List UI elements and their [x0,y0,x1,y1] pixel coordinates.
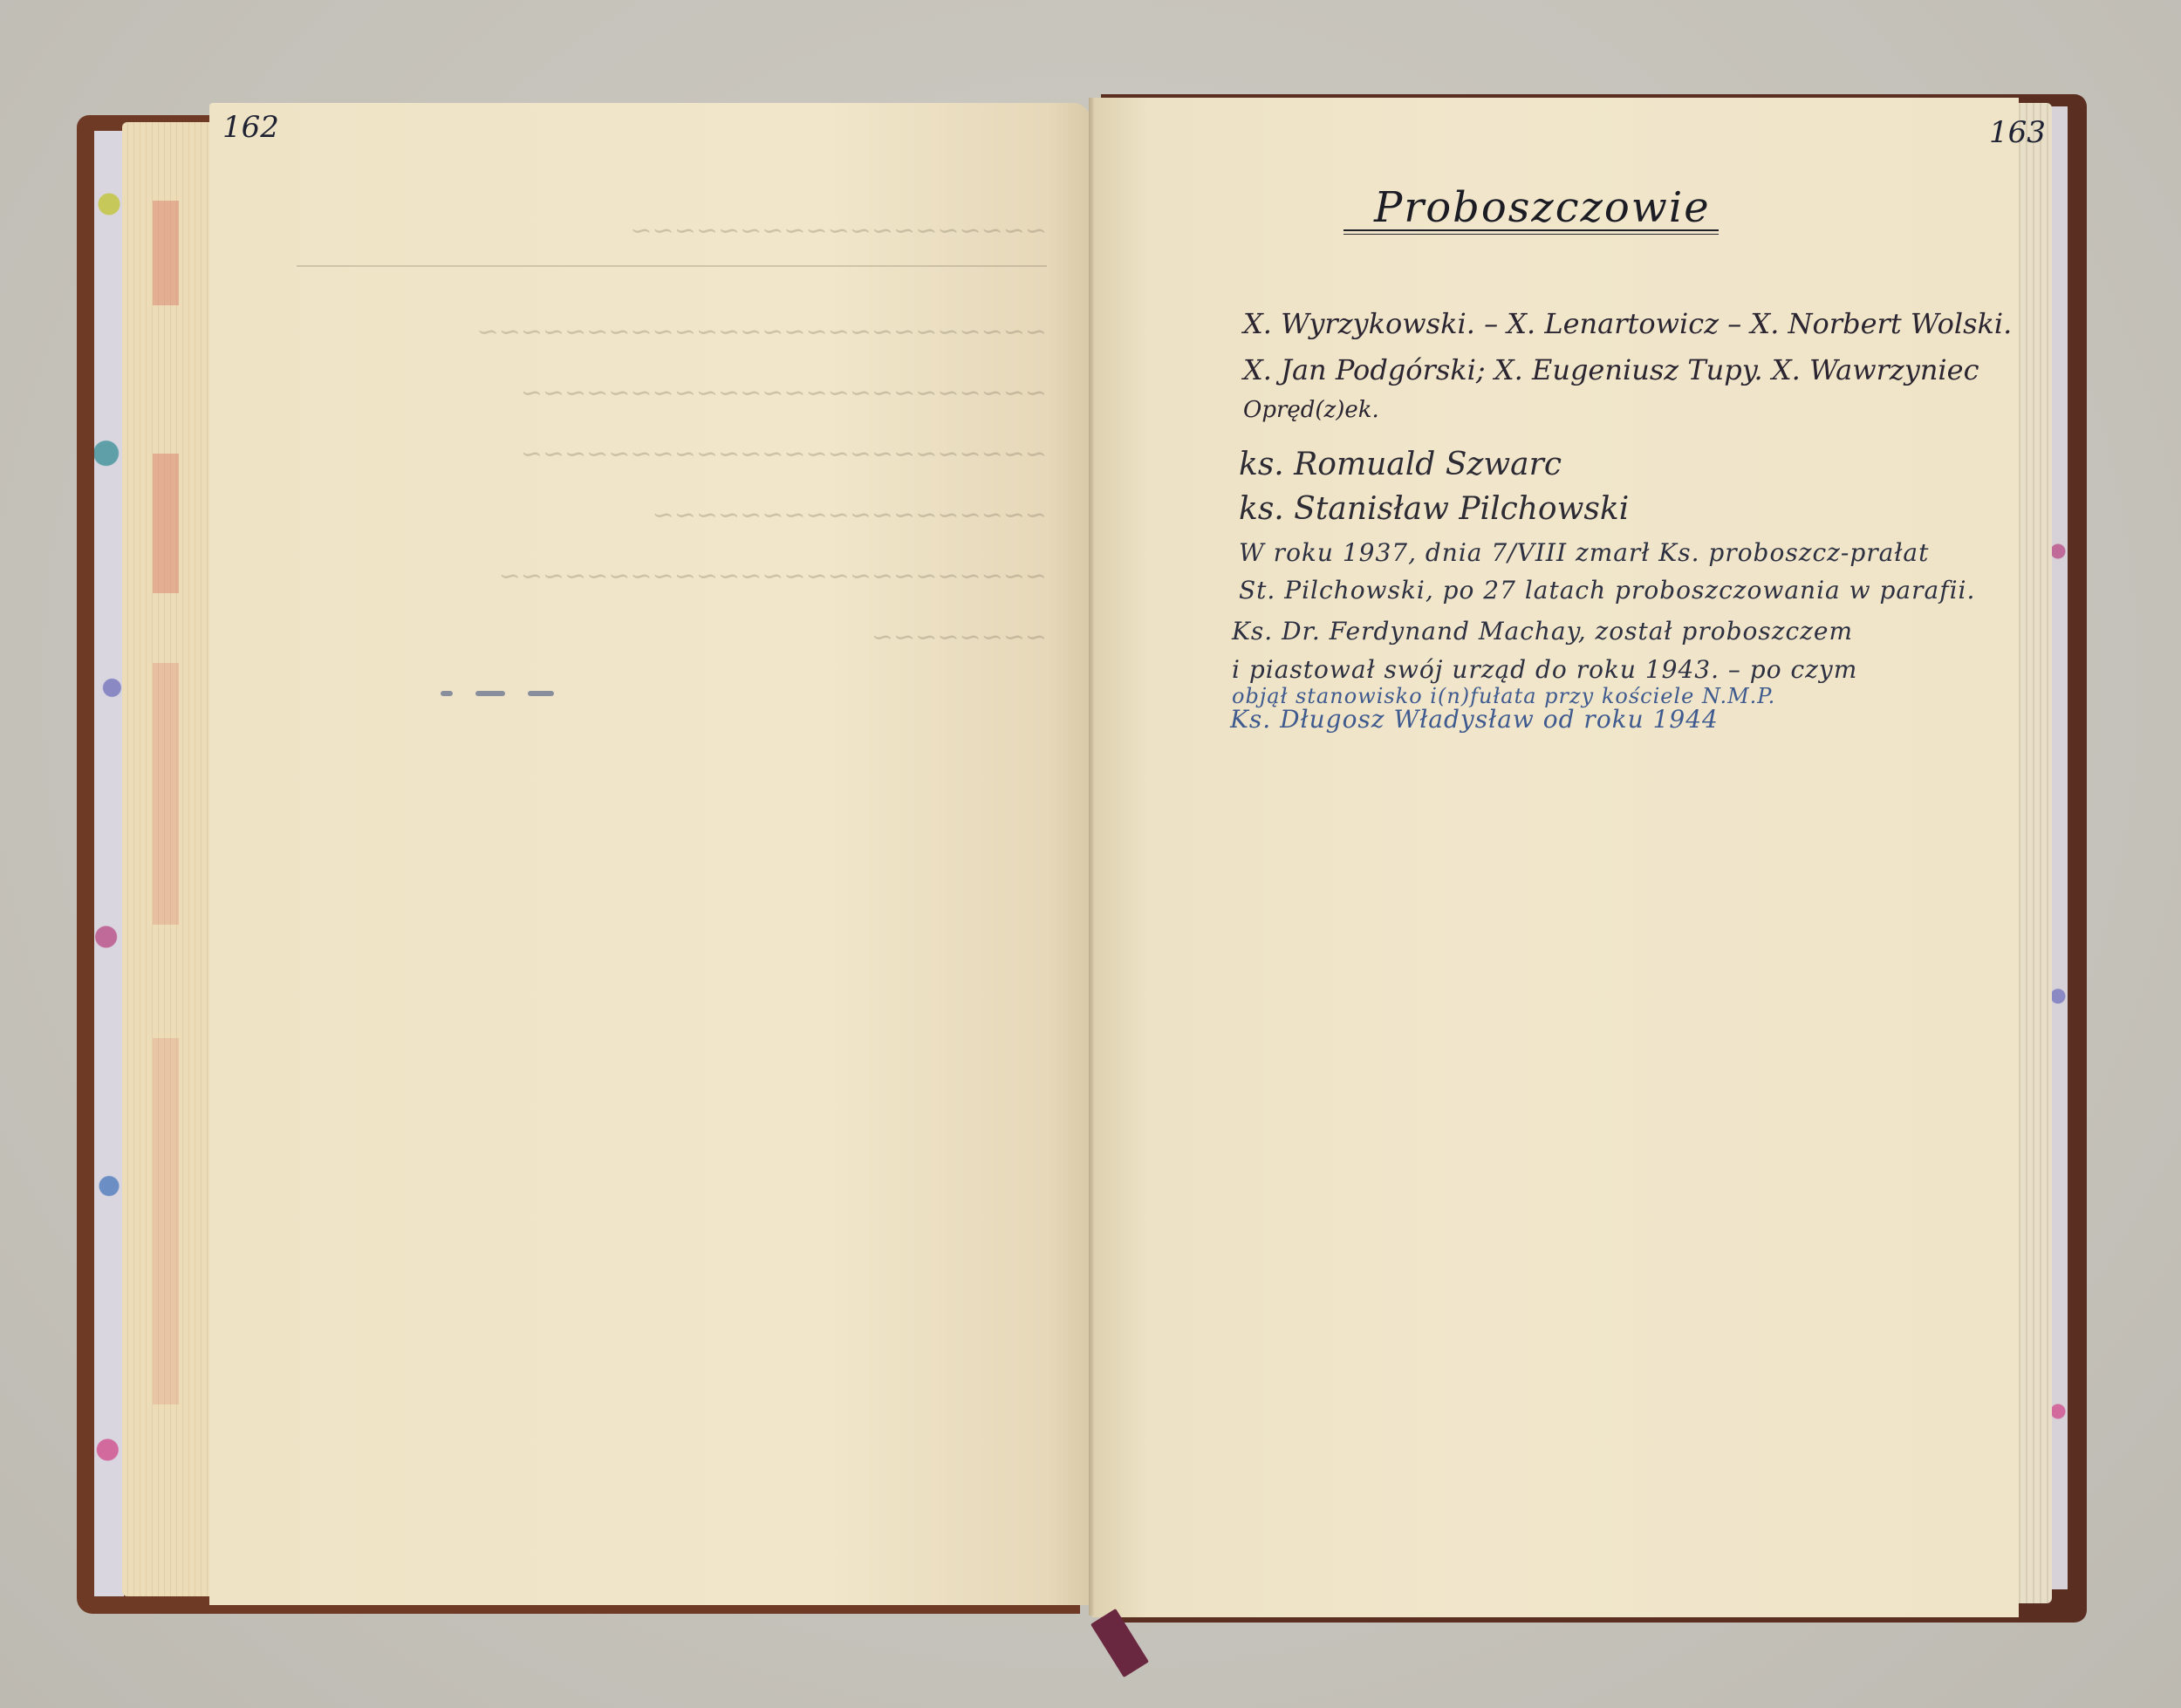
red-edge-stain [153,454,179,593]
red-edge-stain [153,663,179,925]
red-edge-stain [153,1038,179,1404]
page-block-left [122,122,218,1596]
page-number-left: 162 [222,110,279,145]
entry-line: ks. Romuald Szwarc [1239,447,1562,482]
entry-line: W roku 1937, dnia 7/VIII zmarł Ks. probo… [1239,538,1929,567]
entry-line: Ks. Długosz Władysław od roku 1944 [1230,705,1719,734]
ghost-line: ~~~~~~~~~~~~~~~~~~~~~~~~ [297,424,1047,485]
entry-line: St. Pilchowski, po 27 latach proboszczow… [1239,576,1975,605]
title-underline [1343,229,1719,235]
red-edge-stain [153,201,179,305]
ghost-line: ~~~~~~~~~~~~~~~~~~~~~~~~~ [297,546,1047,607]
entry-line: Opręd(z)ek. [1243,397,1379,423]
entry-line: X. Wyrzykowski. – X. Lenartowicz – X. No… [1243,307,2012,340]
entry-line: ks. Stanisław Pilchowski [1239,491,1629,527]
marbled-endpaper-left [94,131,124,1596]
page-title: Proboszczowie [1374,183,1711,232]
bleed-through-text: ~~~~~~~~~~~~~~~~~~~ ~~~~~~~~~~~~~~~~~~~~… [297,201,1047,668]
ghost-line: ~~~~~~~~~~~~~~~~~~~~~~~~ [297,363,1047,424]
book-gutter [1089,98,1094,1616]
page-number-right: 163 [1989,115,2046,150]
entry-line: X. Jan Podgórski; X. Eugeniusz Tupy. X. … [1243,353,1979,386]
ghost-line: ~~~~~~~~ [297,607,1047,668]
entry-line: Ks. Dr. Ferdynand Machay, został probosz… [1232,617,1853,646]
ghost-line: ~~~~~~~~~~~~~~~~~~~~~~~~~~ [297,302,1047,363]
ink-smudge [441,691,563,700]
ghost-rule [297,265,1047,267]
entry-line: i piastował swój urząd do roku 1943. – p… [1232,655,1857,684]
ghost-line: ~~~~~~~~~~~~~~~~~~~ [297,201,1047,262]
ghost-line: ~~~~~~~~~~~~~~~~~~ [297,485,1047,546]
